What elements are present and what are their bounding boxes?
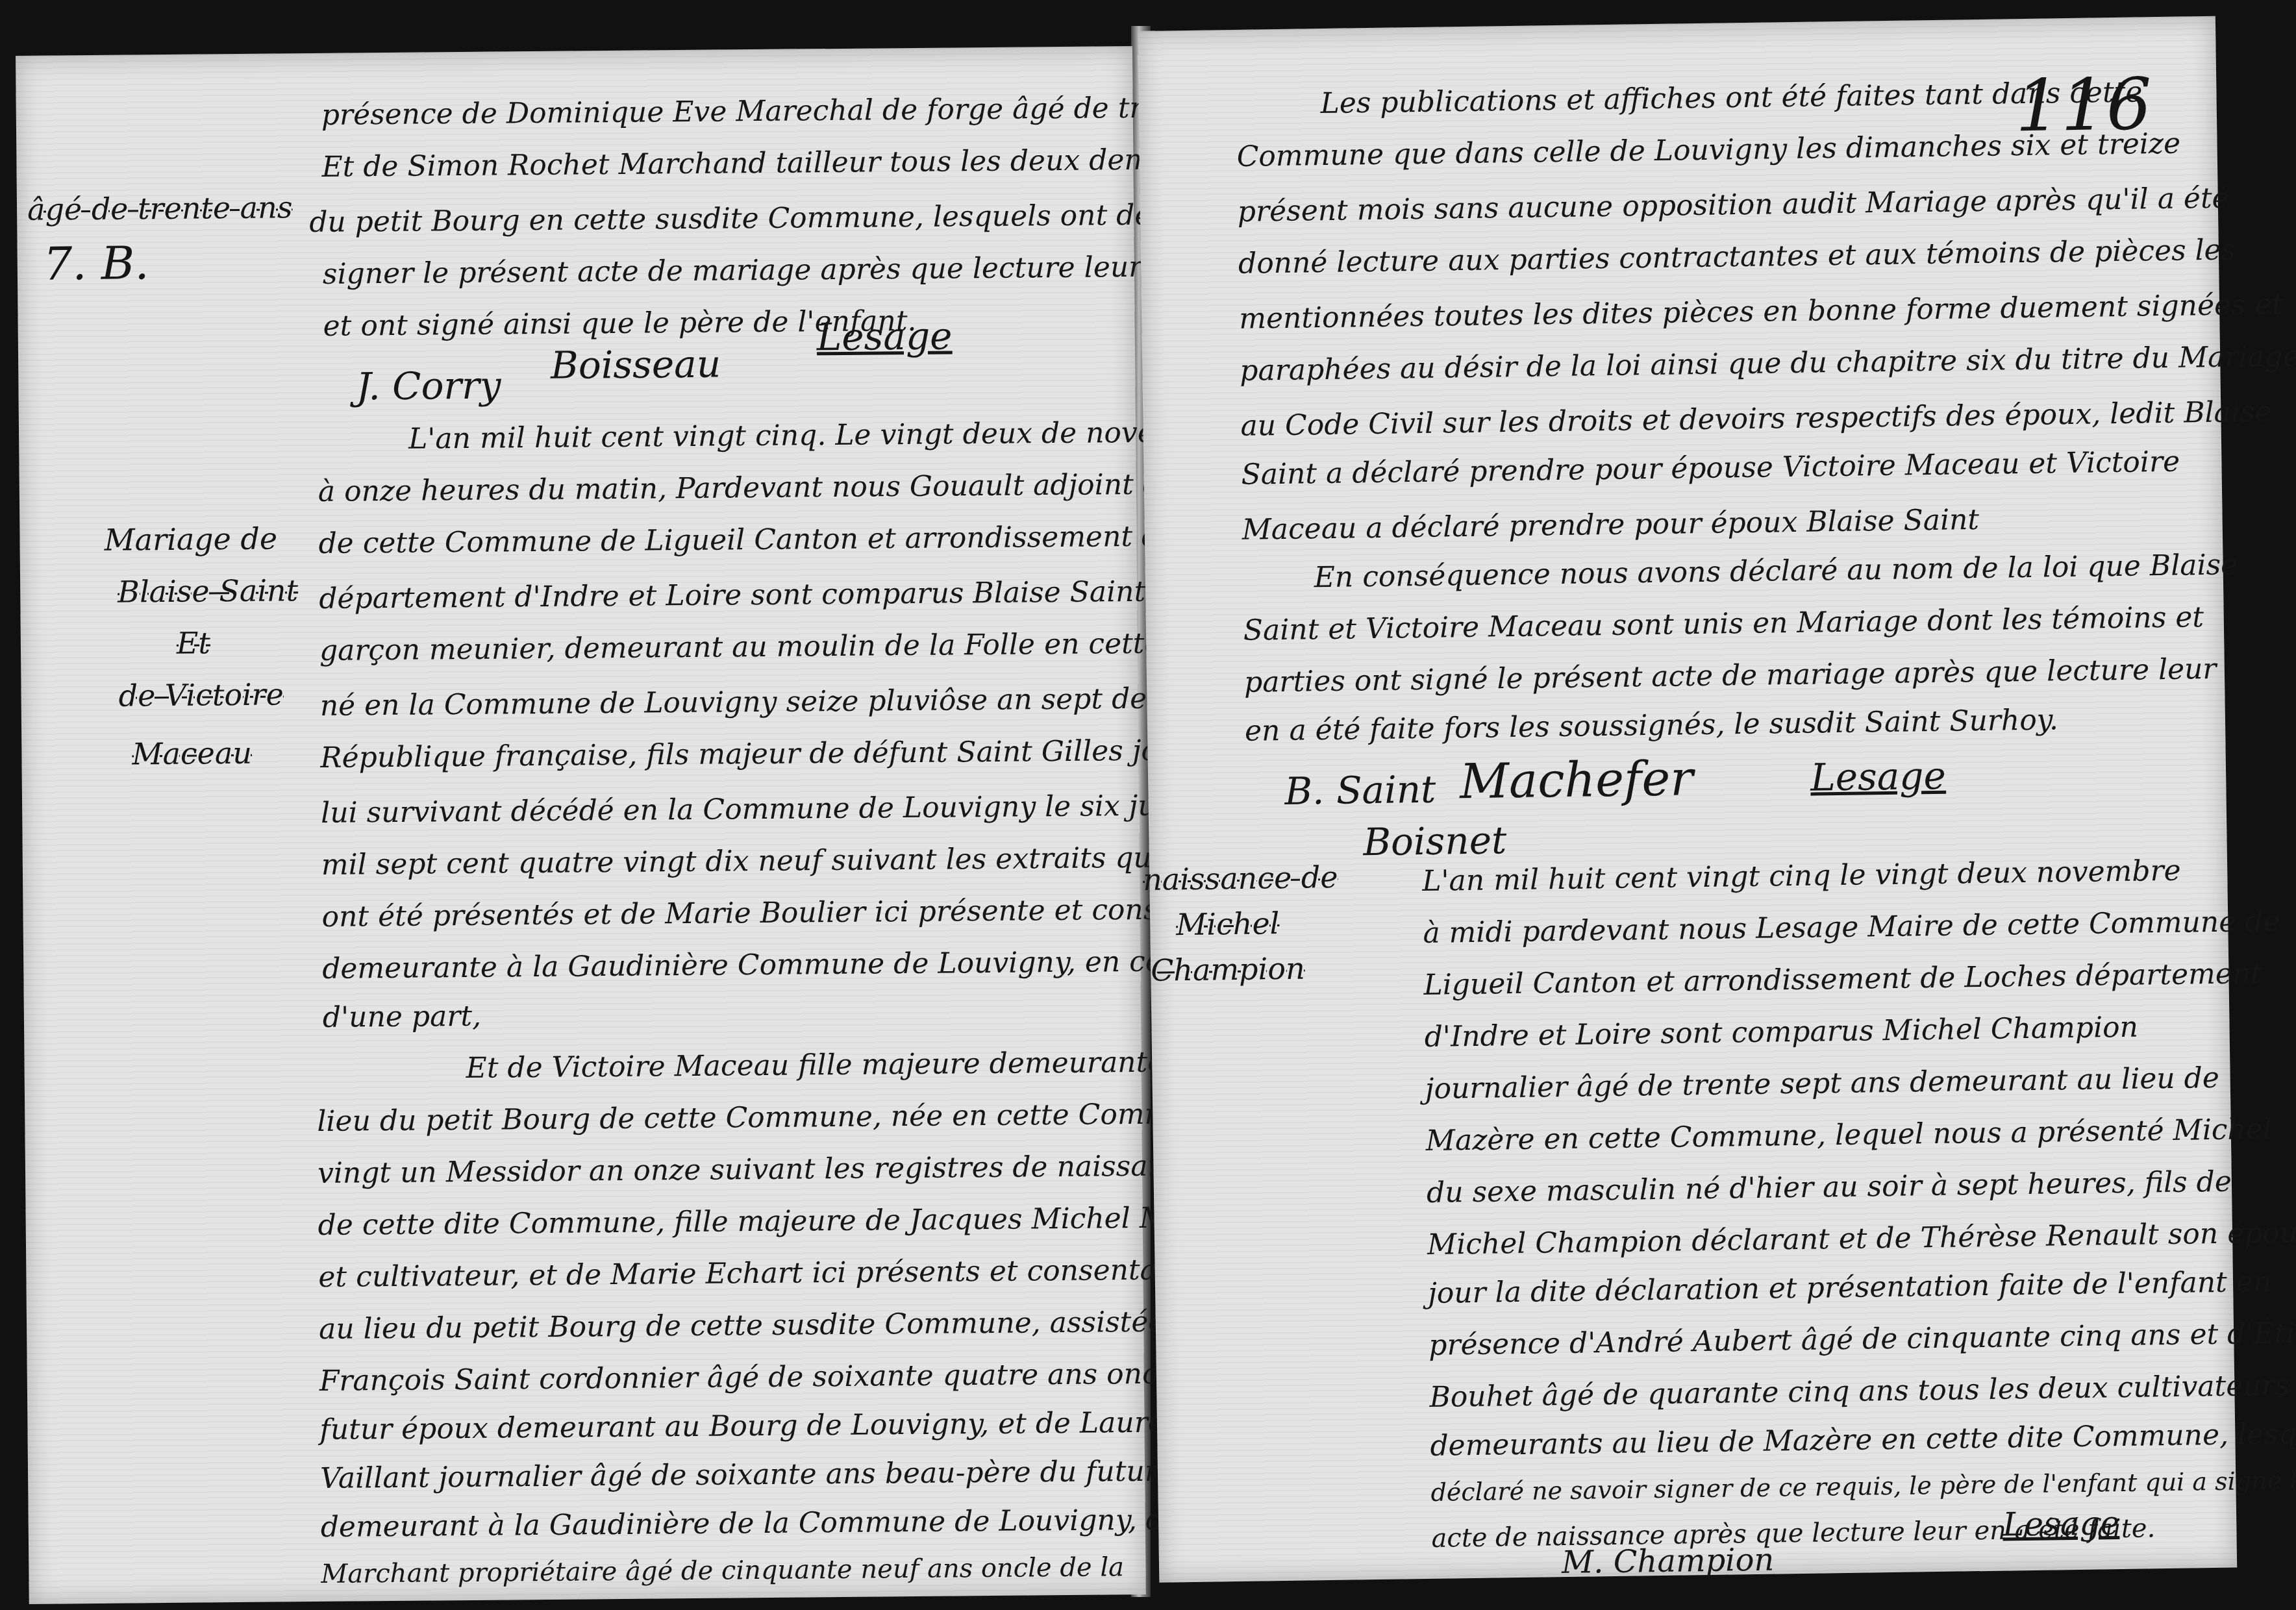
text-line: En conséquence nous avons déclaré au nom…: [1314, 548, 2238, 594]
right-page: 116 naissance de Michel Champion Les pub…: [1138, 16, 2237, 1583]
text-line: d'Indre et Loire sont comparus Michel Ch…: [1424, 1011, 2138, 1054]
margin-title-groom: Blaise Saint: [118, 573, 298, 609]
signature-lesage: Lesage: [817, 314, 953, 359]
text-line: présent mois sans aucune opposition audi…: [1238, 182, 2229, 229]
signature-lesage-birth: Lesage: [2003, 1504, 2120, 1544]
text-line: demeurants au lieu de Mazère en cette di…: [1430, 1416, 2296, 1463]
text-line: Mazère en cette Commune, lequel nous a p…: [1426, 1113, 2273, 1158]
text-line: présence de Dominique Eve Marechal de fo…: [321, 90, 1266, 132]
text-line: futur époux demeurant au Bourg de Louvig…: [319, 1406, 1195, 1446]
margin-title-bride-first: de Victoire: [118, 676, 284, 713]
signature-m-champion: M. Champion: [1562, 1542, 1775, 1581]
signature-boisseau: Boisseau: [551, 342, 721, 388]
text-line: du sexe masculin né d'hier au soir à sep…: [1427, 1165, 2232, 1209]
text-line: d'une part,: [323, 1000, 481, 1034]
margin-title-child-last: Champion: [1151, 951, 1305, 988]
text-line: déclaré ne savoir signer de ce requis, l…: [1430, 1465, 2296, 1507]
text-line: Maceau a déclaré prendre pour époux Blai…: [1242, 503, 1979, 547]
margin-title-et: Et: [177, 625, 211, 660]
text-line: Saint et Victoire Maceau sont unis en Ma…: [1243, 601, 2204, 647]
text-line: demeurant à la Gaudinière de la Commune …: [321, 1502, 1254, 1544]
text-line: Michel Champion déclarant et de Thérèse …: [1427, 1216, 2296, 1261]
signature-corry: J. Corry: [356, 363, 501, 408]
signature-lesage-marriage: Lesage: [1810, 754, 1947, 800]
text-line: mil sept cent quatre vingt dix neuf suiv…: [321, 841, 1239, 882]
text-line: journalier âgé de trente sept ans demeur…: [1425, 1061, 2219, 1106]
text-line: à onze heures du matin, Pardevant nous G…: [318, 467, 1258, 508]
text-line: Et de Victoire Maceau fille majeure deme…: [466, 1045, 1209, 1085]
text-line: Bouhet âgé de quarante cinq ans tous les…: [1429, 1368, 2296, 1414]
text-line: Ligueil Canton et arrondissement de Loch…: [1423, 957, 2262, 1002]
text-line: Commune que dans celle de Louvigny les d…: [1236, 127, 2180, 173]
text-line: département d'Indre et Loire sont compar…: [319, 575, 1145, 615]
text-line: lui survivant décédé en la Commune de Lo…: [321, 789, 1212, 830]
text-line: lieu du petit Bourg de cette Commune, né…: [317, 1096, 1260, 1138]
margin-title-child-first: Michel: [1176, 906, 1280, 942]
text-line: à midi pardevant nous Lesage Maire de ce…: [1423, 905, 2280, 950]
text-line: Vaillant journalier âgé de soixante ans …: [320, 1454, 1254, 1495]
text-line: François Saint cordonnier âgé de soixant…: [319, 1357, 1230, 1398]
margin-note-entry-number: 7. B.: [43, 236, 149, 290]
text-line: présence d'André Aubert âgé de cinquante…: [1429, 1316, 2296, 1362]
text-line: demeurante à la Gaudinière Commune de Lo…: [322, 944, 1276, 985]
text-line: au Code Civil sur les droits et devoirs …: [1240, 395, 2272, 443]
signature-b-saint: B. Saint: [1284, 767, 1436, 813]
text-line: donné lecture aux parties contractantes …: [1238, 233, 2236, 280]
text-line: en a été faite fors les soussignés, le s…: [1245, 703, 2058, 747]
text-line: Marchant propriétaire âgé de cinquante n…: [321, 1552, 1124, 1589]
signature-boisnet: Boisnet: [1363, 818, 1507, 864]
right-page-body: Les publications et affiches ont été fai…: [1138, 16, 2215, 31]
text-line: ont été présentés et de Marie Boulier ic…: [321, 892, 1278, 934]
margin-title-bride-last: Maceau: [132, 736, 252, 772]
signature-machefer: Machefer: [1460, 750, 1694, 810]
text-line: République française, fils majeur de déf…: [320, 733, 1275, 774]
margin-title-naissance: naissance de: [1143, 860, 1338, 897]
margin-title-mariage: Mariage de: [104, 521, 277, 558]
margin-note-age: âgé de trente ans: [27, 190, 293, 227]
text-line: jour la dite déclaration et présentation…: [1428, 1265, 2272, 1310]
text-line: vingt un Messidor an onze suivant les re…: [318, 1149, 1199, 1190]
text-line: Saint a déclaré prendre pour épouse Vict…: [1241, 445, 2180, 491]
text-line: L'an mil huit cent vingt cinq. Le vingt …: [408, 415, 1230, 456]
left-page: âgé de trente ans 7. B. Mariage de Blais…: [16, 46, 1146, 1604]
left-page-body: présence de Dominique Eve Marechal de fo…: [16, 46, 1132, 56]
text-line: parties ont signé le présent acte de mar…: [1244, 652, 2217, 699]
text-line: paraphées au désir de la loi ainsi que d…: [1240, 340, 2296, 388]
text-line: L'an mil huit cent vingt cinq le vingt d…: [1422, 854, 2181, 898]
text-line: mentionnées toutes les dites pièces en b…: [1239, 288, 2284, 335]
text-line: né en la Commune de Louvigny seize pluvi…: [320, 682, 1182, 723]
